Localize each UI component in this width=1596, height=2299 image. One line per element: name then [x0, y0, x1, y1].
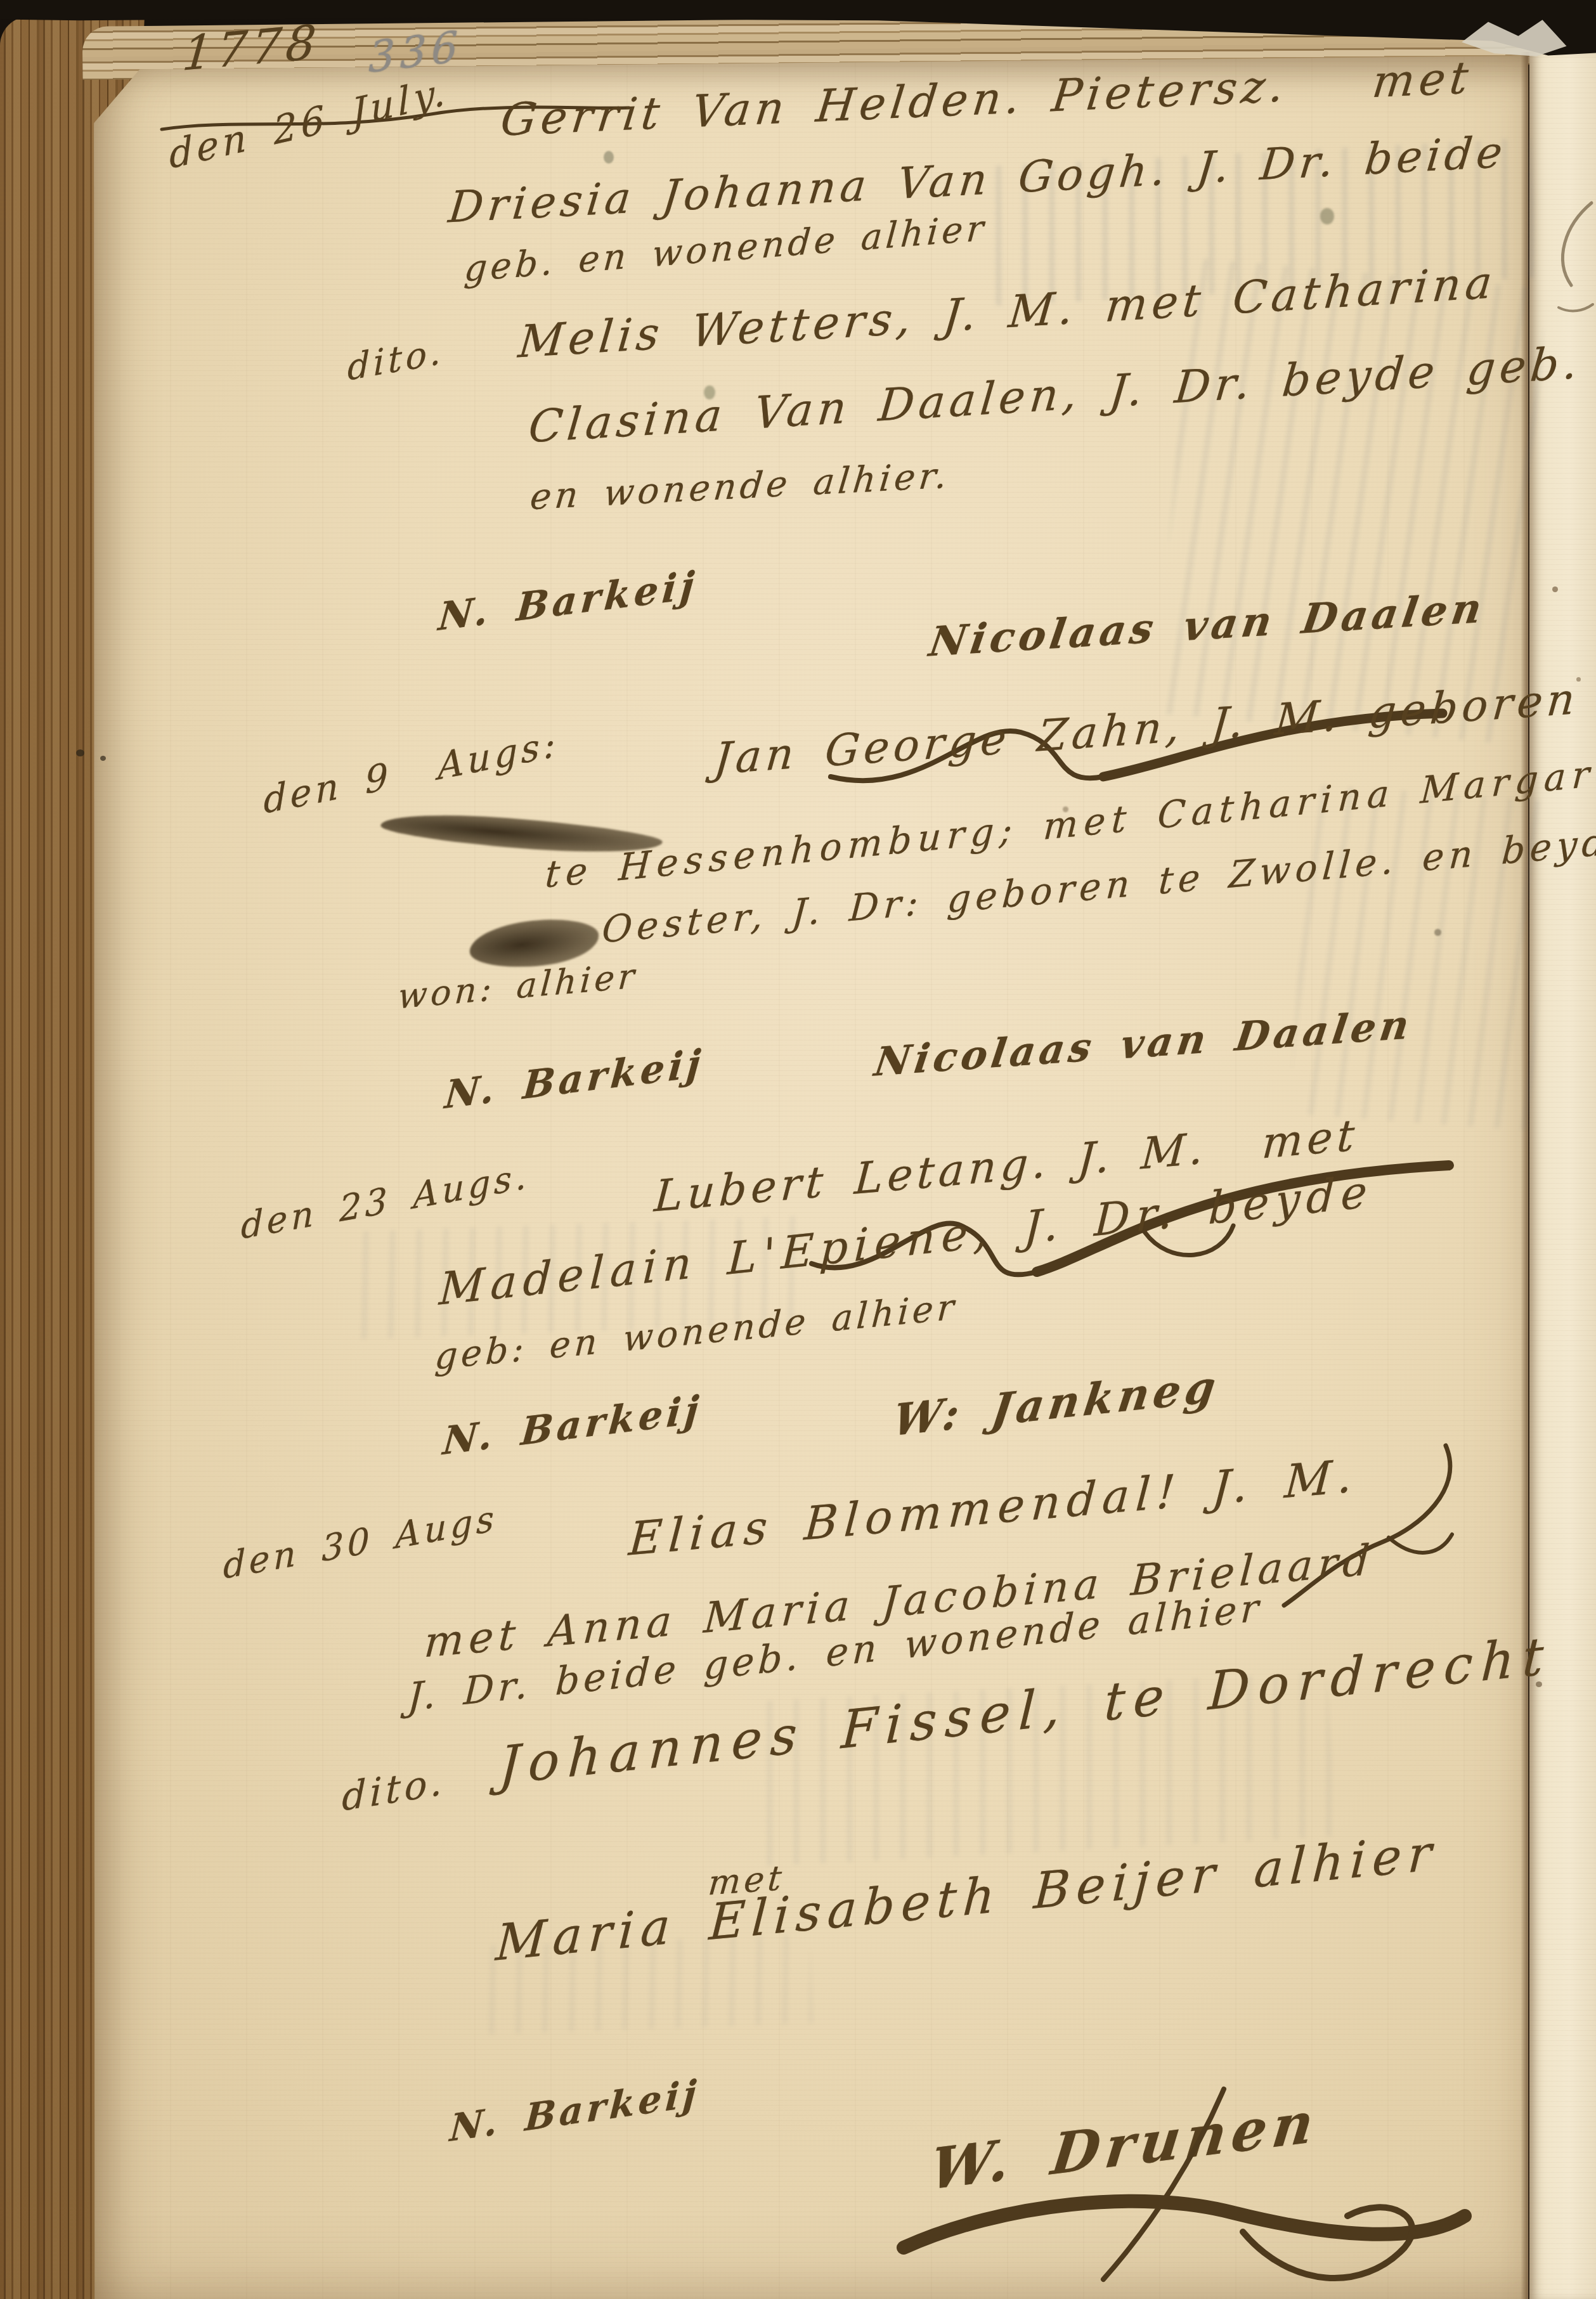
- stain: [76, 749, 84, 756]
- signature-flourish: [869, 2080, 1484, 2299]
- scanned-register-page: 1778 336 den 26 July. Gerrit Van Helden.…: [0, 0, 1596, 2299]
- stain: [1552, 586, 1558, 592]
- stain: [100, 756, 106, 761]
- stain: [1063, 806, 1068, 812]
- stain: [1536, 1681, 1542, 1687]
- stain: [1320, 208, 1334, 224]
- stain: [1434, 929, 1441, 936]
- stain: [704, 385, 715, 399]
- stain: [604, 151, 614, 164]
- stain: [1576, 677, 1581, 682]
- next-page-ink-marks: [1546, 190, 1596, 323]
